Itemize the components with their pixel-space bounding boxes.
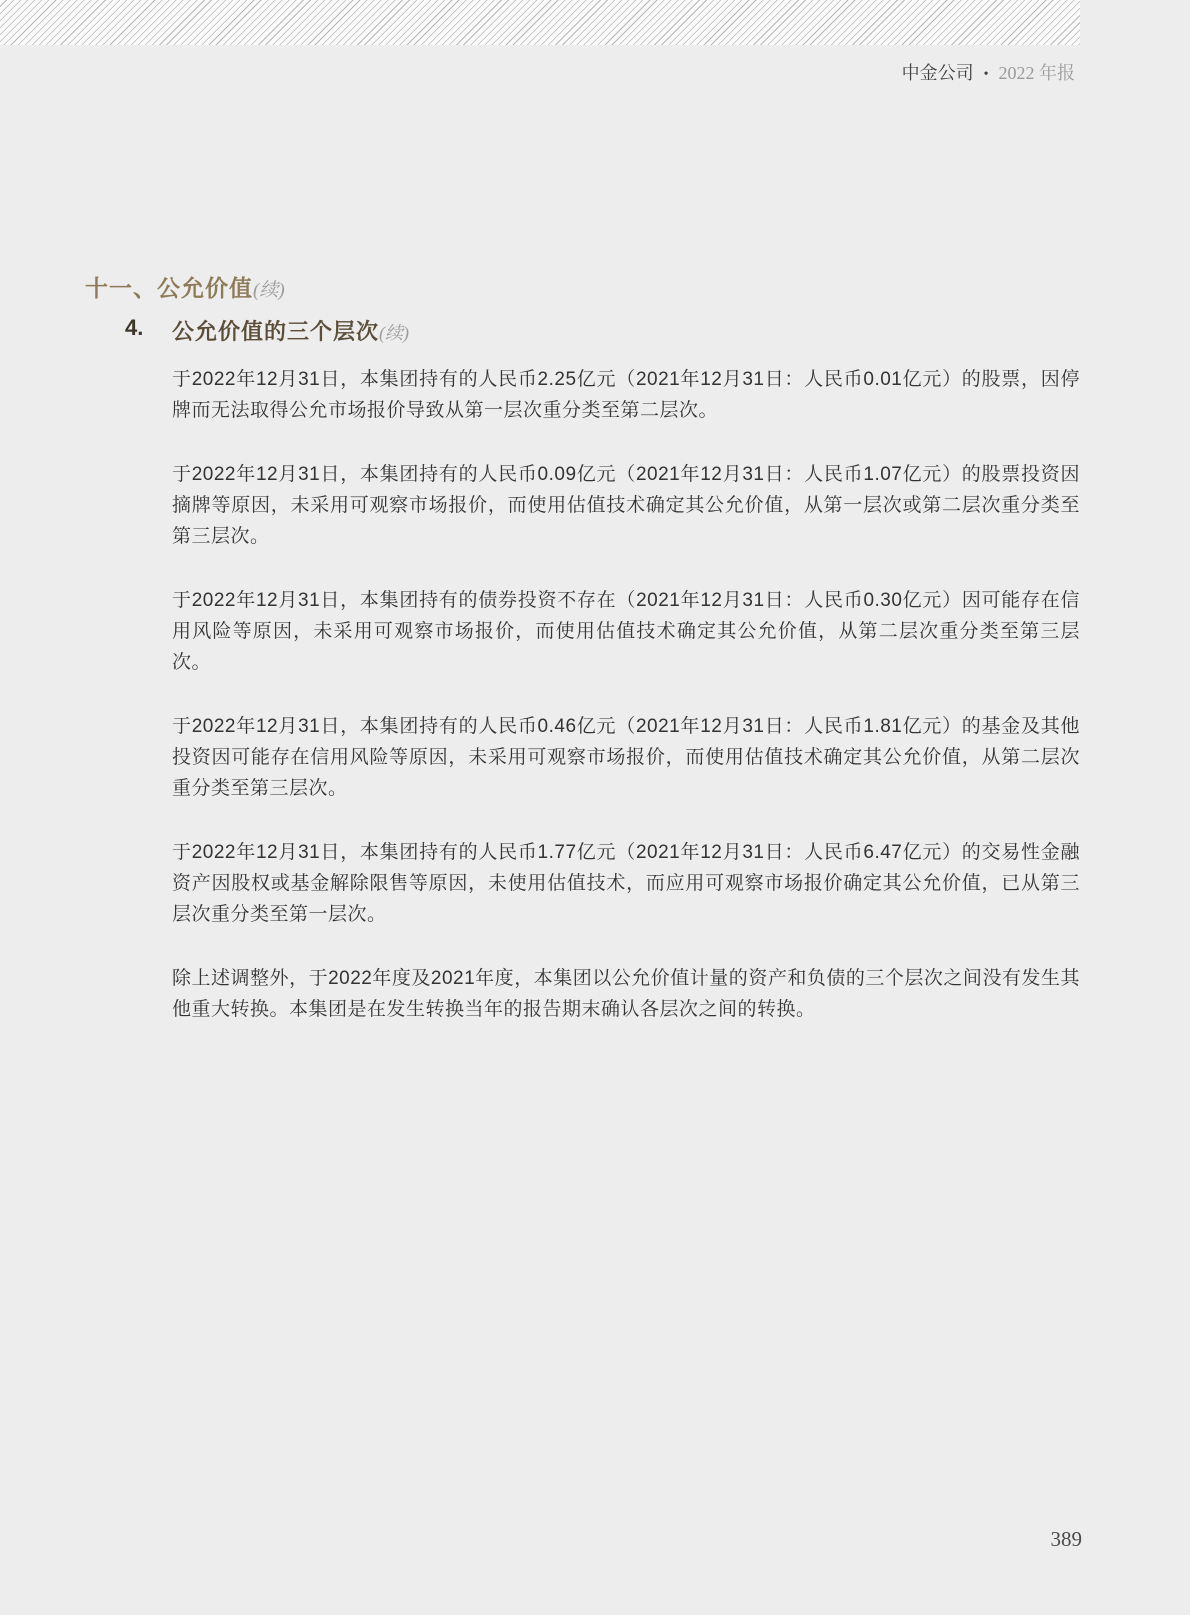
hatch-pattern-band [0, 0, 1080, 45]
report-edition: 2022 年报 [999, 63, 1076, 83]
bullet-separator: • [984, 63, 989, 87]
report-page: 中金公司•2022 年报 十一、公允价值(续) 4. 公允价值的三个层次(续) … [0, 0, 1190, 1615]
body-paragraph: 于2022年12月31日，本集团持有的人民币1.77亿元（2021年12月31日… [172, 837, 1080, 930]
section-continued-label: (续) [253, 280, 285, 301]
section-heading: 十一、公允价值(续) [85, 270, 285, 303]
company-name: 中金公司 [902, 63, 974, 83]
body-text-block: 于2022年12月31日，本集团持有的人民币2.25亿元（2021年12月31日… [172, 364, 1080, 1058]
body-paragraph: 于2022年12月31日，本集团持有的人民币0.09亿元（2021年12月31日… [172, 459, 1080, 552]
body-paragraph: 除上述调整外，于2022年度及2021年度，本集团以公允价值计量的资产和负债的三… [172, 963, 1080, 1025]
body-paragraph: 于2022年12月31日，本集团持有的人民币2.25亿元（2021年12月31日… [172, 364, 1080, 426]
subsection-continued-label: (续) [379, 323, 409, 343]
section-title: 十一、公允价值 [85, 275, 253, 301]
running-header: 中金公司•2022 年报 [902, 61, 1075, 87]
page-number: 389 [1051, 1527, 1083, 1552]
subsection-number: 4. [125, 315, 143, 341]
subsection-title: 公允价值的三个层次 [172, 319, 379, 344]
body-paragraph: 于2022年12月31日，本集团持有的人民币0.46亿元（2021年12月31日… [172, 711, 1080, 804]
body-paragraph: 于2022年12月31日，本集团持有的债券投资不存在（2021年12月31日：人… [172, 585, 1080, 678]
